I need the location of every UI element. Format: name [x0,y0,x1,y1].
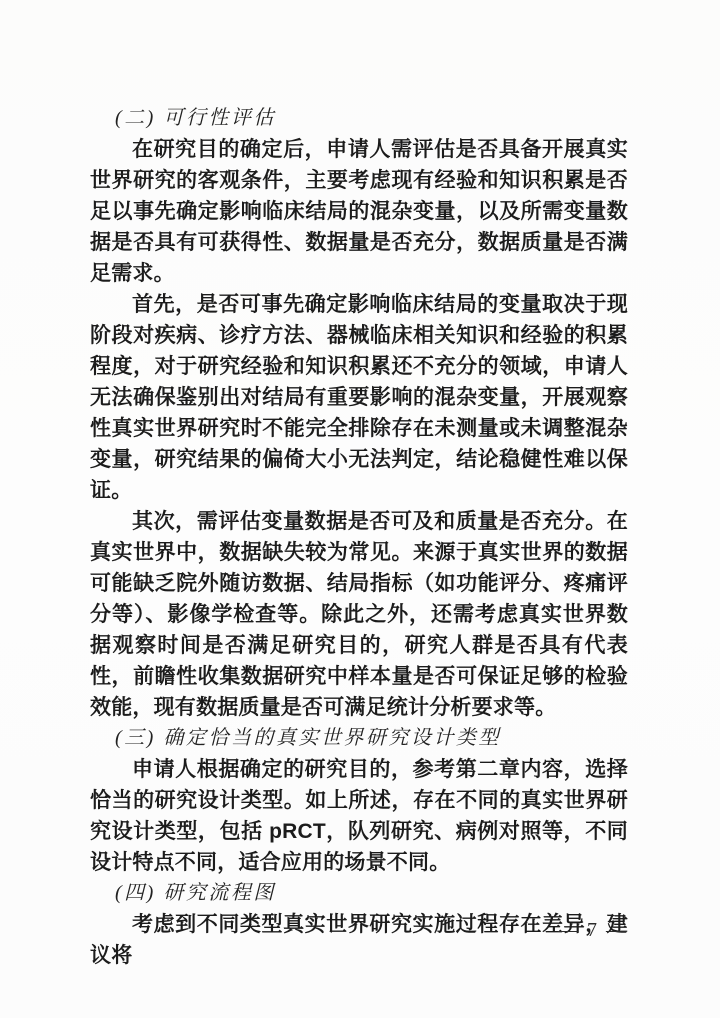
paragraph-feasibility-intro: 在研究目的确定后，申请人需评估是否具备开展真实世界研究的客观条件，主要考虑现有经… [90,134,628,289]
document-page: (二) 可行性评估 在研究目的确定后，申请人需评估是否具备开展真实世界研究的客观… [0,0,720,1018]
paragraph-confounders: 首先，是否可事先确定影响临床结局的变量取决于现阶段对疾病、诊疗方法、器械临床相关… [90,289,628,506]
paragraph-study-design: 申请人根据确定的研究目的，参考第二章内容，选择恰当的研究设计类型。如上所述，存在… [90,754,628,878]
paragraph-data-quality: 其次，需评估变量数据是否可及和质量是否充分。在真实世界中，数据缺失较为常见。来源… [90,506,628,723]
section-heading-feasibility: (二) 可行性评估 [115,103,628,134]
document-text-block: (二) 可行性评估 在研究目的确定后，申请人需评估是否具备开展真实世界研究的客观… [90,103,628,971]
section-heading-study-design: (三) 确定恰当的真实世界研究设计类型 [115,723,628,754]
section-heading-flowchart: (四) 研究流程图 [115,878,628,909]
page-number: — 7 — [90,917,628,943]
